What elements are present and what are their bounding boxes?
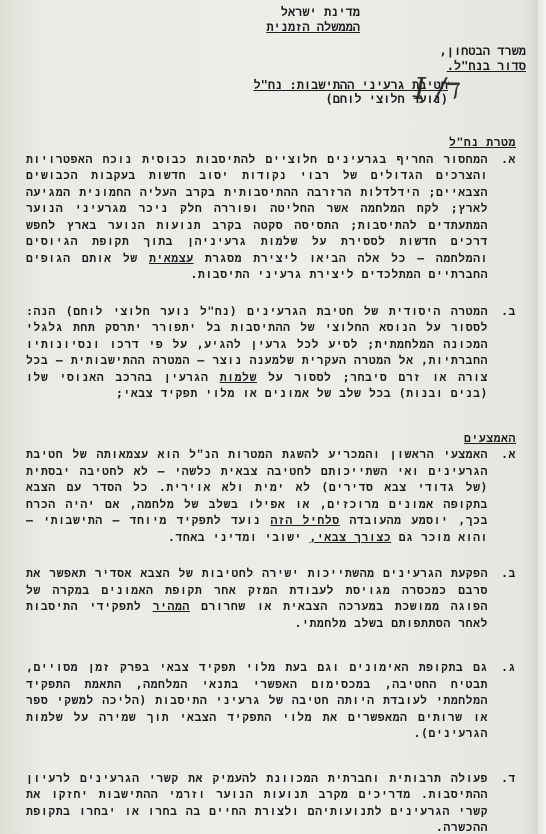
item-letter: א. (494, 446, 516, 463)
means-item-c: ג. גם בתקופת האימונים וגם בעת מלוי תפקיד… (26, 659, 516, 742)
item-text: האמצעי הראשון והמכריע להשגת המטרות הנ"ל … (26, 446, 488, 545)
section-title-goals: מטרת נח"ל (26, 134, 516, 151)
means-item-b: ב. הפקעת הגרעינים מהשתייכות ישירה לחטיבו… (26, 565, 516, 631)
section-title-means: האמצעים (26, 430, 516, 447)
page-edge (538, 0, 546, 834)
item-text: המטרה היסודית של חטיבת הגרעינים (נח"ל נו… (26, 303, 488, 402)
subject-title: חטיבת גרעיני ההתישבות: נח"ל (188, 78, 448, 92)
item-letter: ב. (494, 303, 516, 320)
letterhead: מדינת ישראל הממשלה הזמנית (190, 5, 360, 35)
ministry-name: משרד הבטחון, (386, 44, 526, 59)
office-block: משרד הבטחון, סדור בנח"ל. (386, 44, 526, 74)
means-item-d: ד. פעולה תרבותית וחברתית המכוונת להעמיק … (26, 770, 516, 834)
item-letter: ב. (494, 565, 516, 582)
item-text: המחסור החריף בגרעינים חלוציים להתיסבות כ… (26, 151, 488, 283)
goal-item-b: ב. המטרה היסודית של חטיבת הגרעינים (נח"ל… (26, 303, 516, 402)
item-letter: א. (494, 151, 516, 168)
item-letter: ג. (494, 659, 516, 676)
item-text: הפקעת הגרעינים מהשתייכות ישירה לחטיבות ש… (26, 565, 488, 631)
subject-subtitle: (נוער חלוצי לוחם) (188, 92, 448, 106)
item-text: פעולה תרבותית וחברתית המכוונת להעמיק את … (26, 770, 488, 834)
government-name: הממשלה הזמנית (190, 20, 360, 35)
document-body: מטרת נח"ל א. המחסור החריף בגרעינים חלוצי… (26, 121, 516, 834)
item-text: גם בתקופת האימונים וגם בעת מלוי תפקיד צב… (26, 659, 488, 742)
means-item-a: א. האמצעי הראשון והמכריע להשגת המטרות הנ… (26, 446, 516, 545)
goal-item-a: א. המחסור החריף בגרעינים חלוציים להתיסבו… (26, 151, 516, 283)
item-letter: ד. (494, 770, 516, 787)
subject-block: חטיבת גרעיני ההתישבות: נח"ל (נוער חלוצי … (188, 78, 448, 106)
state-name: מדינת ישראל (190, 5, 360, 20)
